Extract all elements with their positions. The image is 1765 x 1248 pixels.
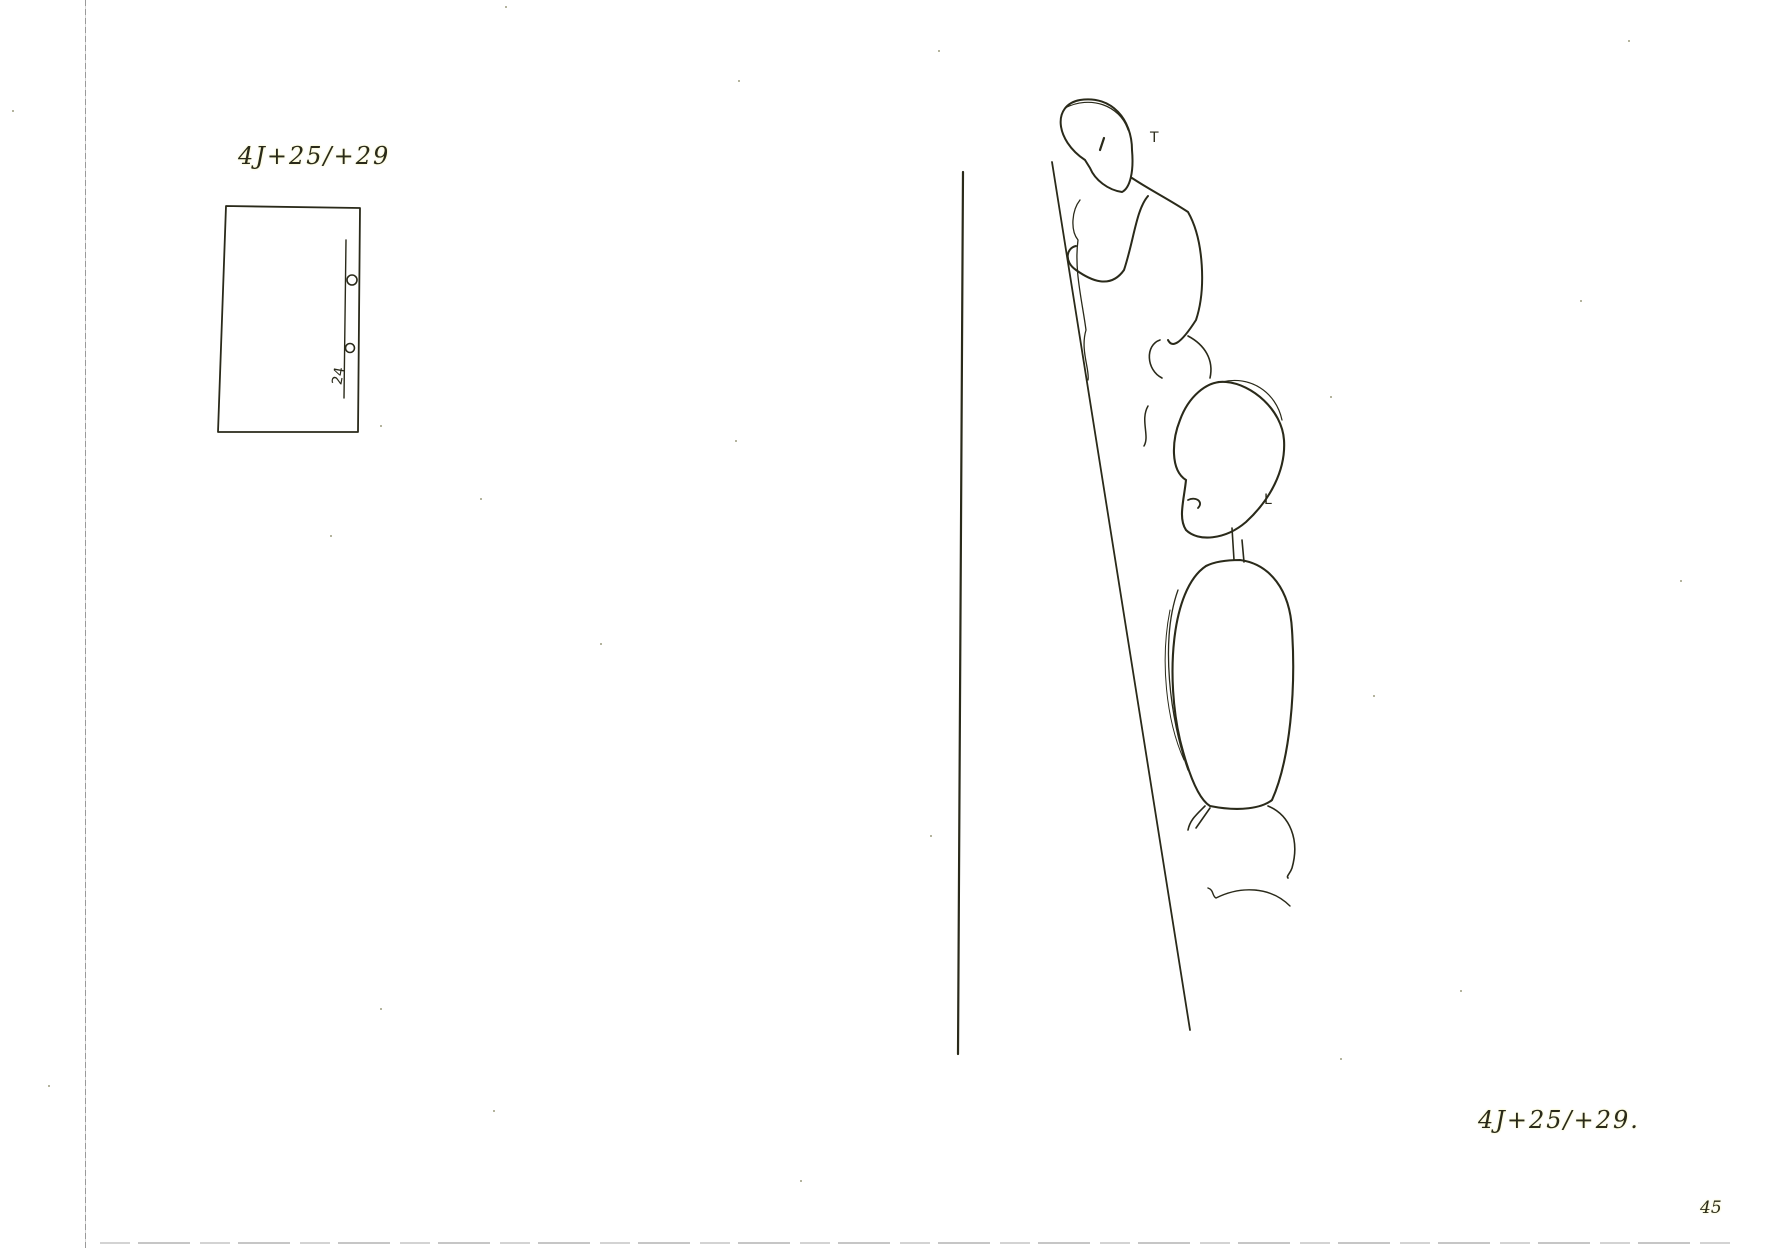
scan-speck — [738, 80, 740, 82]
scan-speck — [380, 1008, 382, 1010]
scan-speck — [1580, 300, 1582, 302]
vertical-guide-line — [958, 172, 963, 1054]
scan-speck — [493, 1110, 495, 1112]
pencil-drawing — [0, 0, 1765, 1248]
scan-speck — [1340, 1058, 1342, 1060]
scan-speck — [330, 535, 332, 537]
scan-speck — [930, 835, 932, 837]
scan-speck — [505, 6, 507, 8]
scan-speck — [480, 498, 482, 500]
upper-figure — [1061, 99, 1211, 446]
scan-speck — [1330, 396, 1332, 398]
scan-speck — [1460, 990, 1462, 992]
scan-speck — [1373, 695, 1375, 697]
scan-speck — [48, 1085, 50, 1087]
scan-speck — [938, 50, 940, 52]
lower-figure — [1165, 380, 1295, 906]
frame-thumbnail — [218, 206, 360, 432]
scan-speck — [735, 440, 737, 442]
scan-speck — [380, 425, 382, 427]
scanned-sketch-page: 4J+25/+29 4J+25/+29. 45 T L 24 — [0, 0, 1765, 1248]
scan-speck — [1680, 580, 1682, 582]
scan-speck — [600, 643, 602, 645]
scan-speck — [800, 1180, 802, 1182]
scan-speck — [1628, 40, 1630, 42]
scan-speck — [12, 110, 14, 112]
slanted-wall-line — [1052, 162, 1190, 1030]
